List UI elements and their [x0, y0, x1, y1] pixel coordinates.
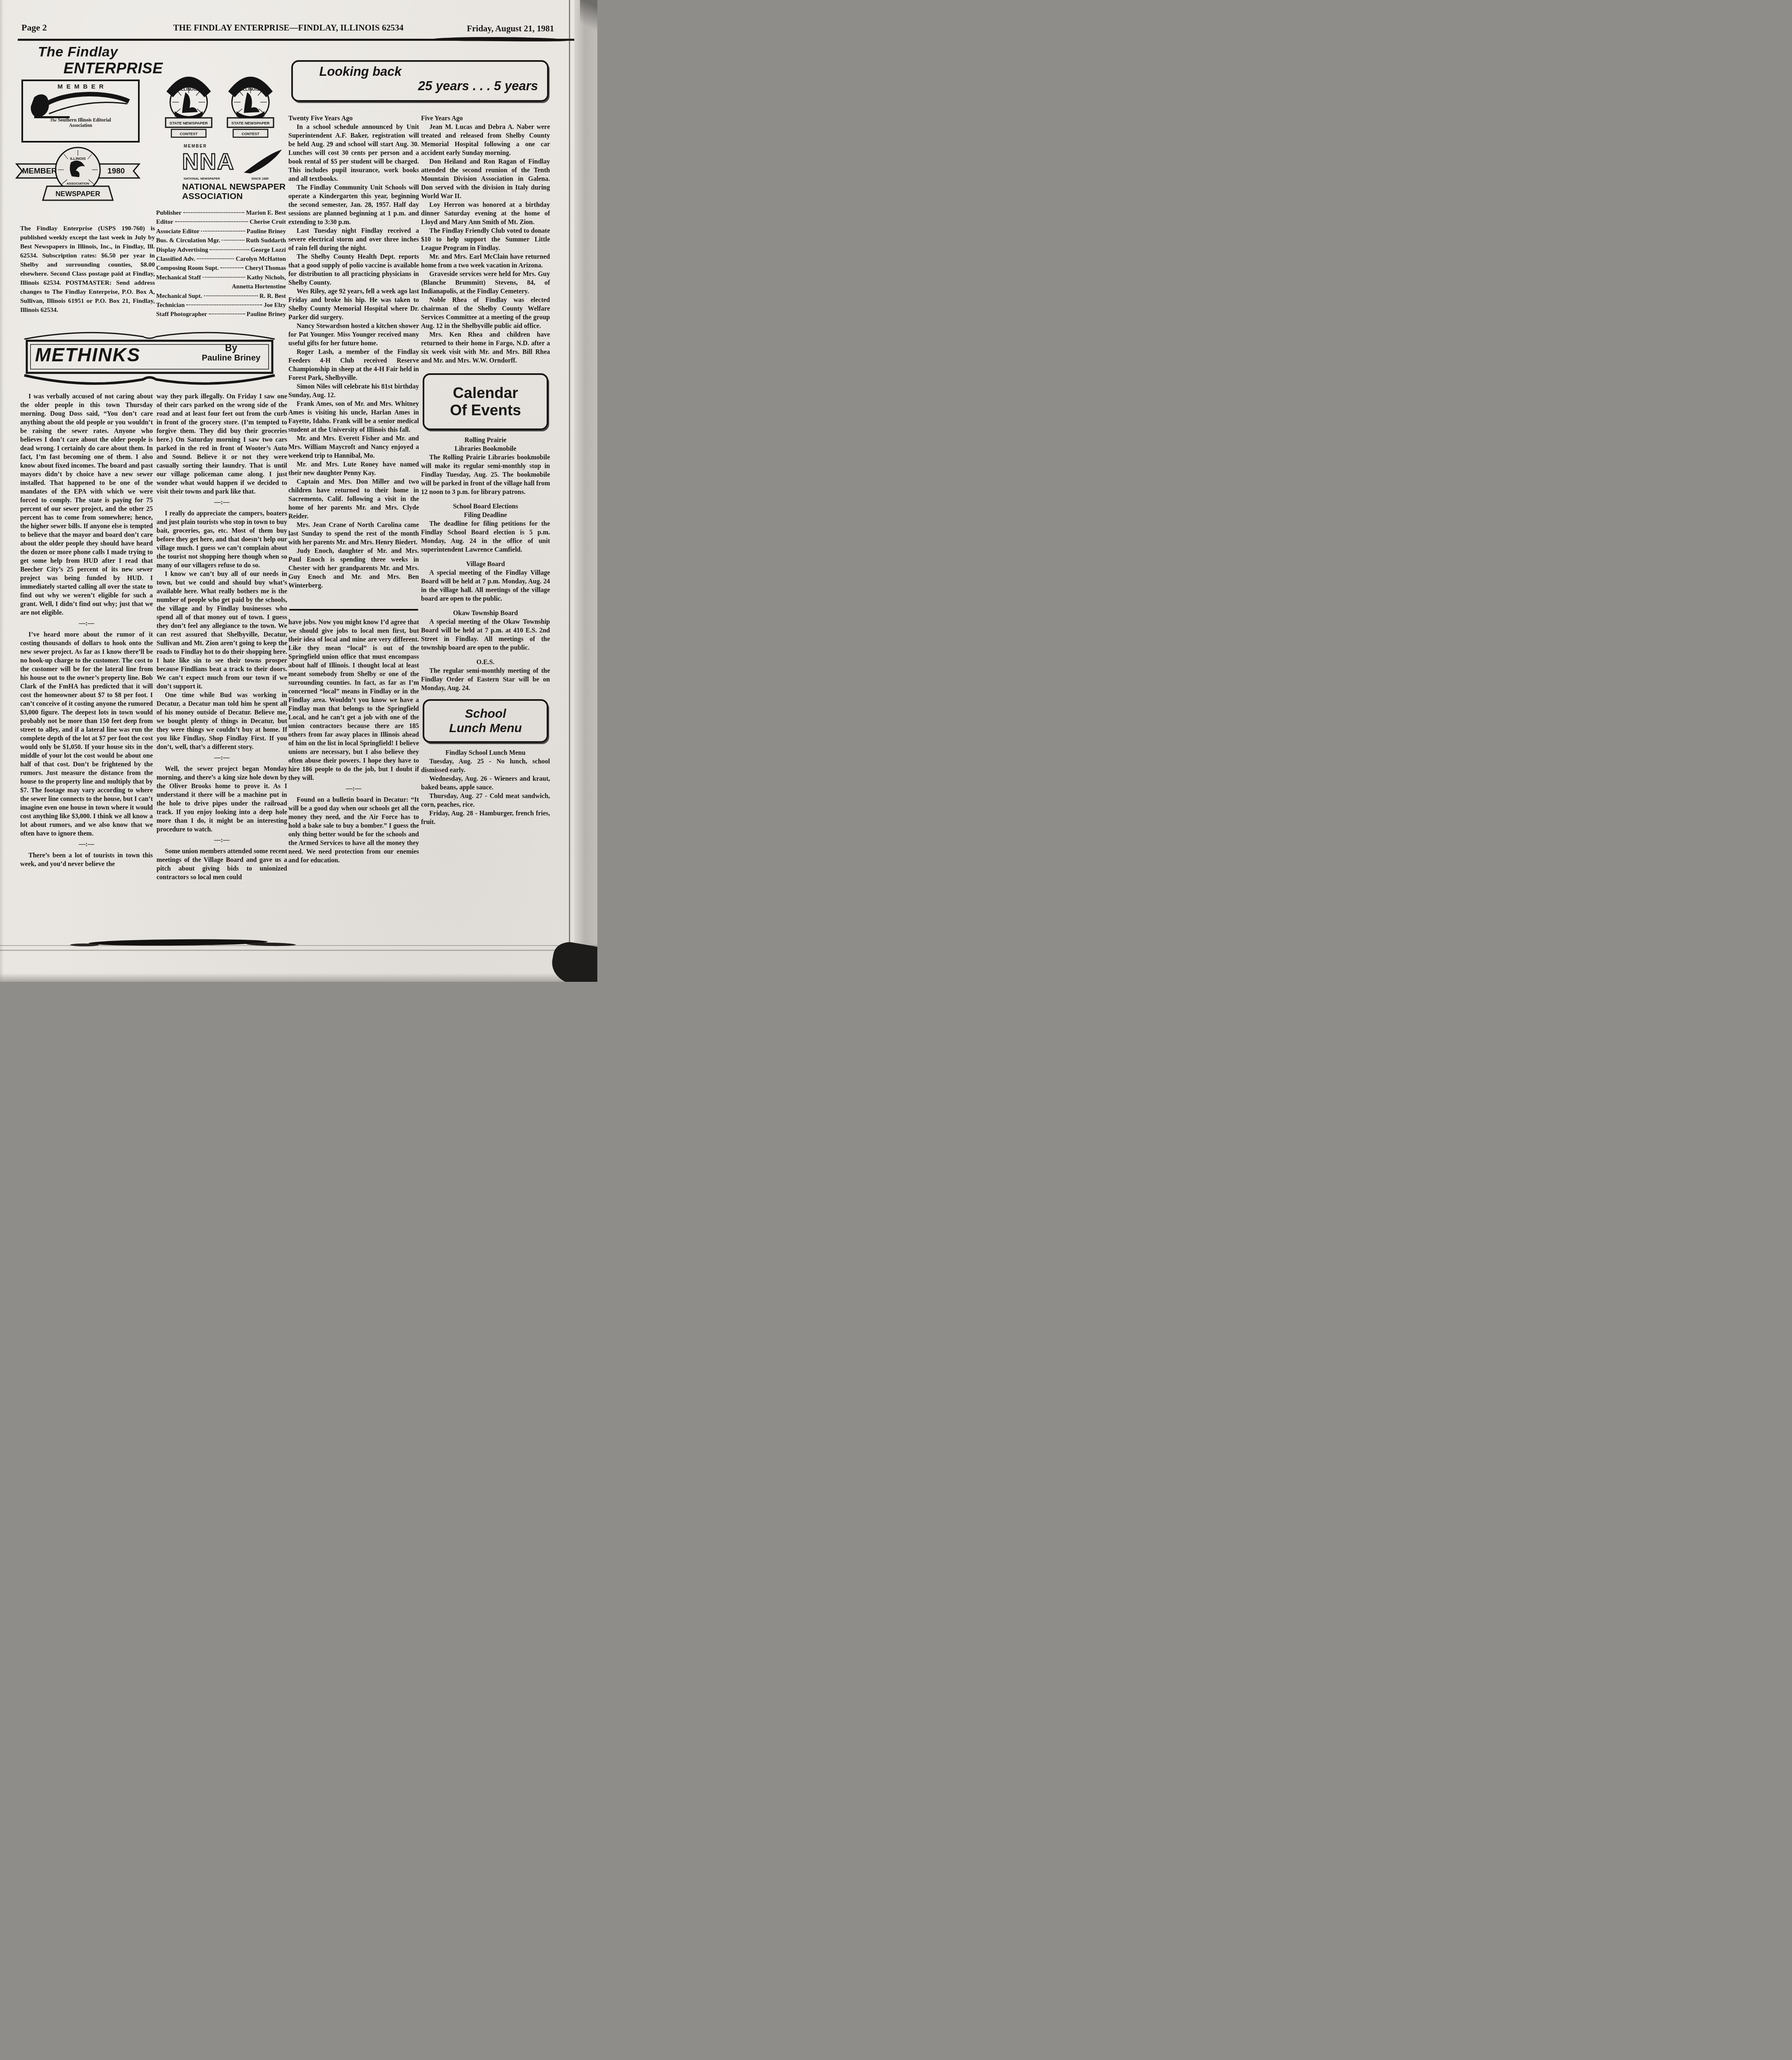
staff-row: Bus. & Circulation Mgr.Ruth Suddarth: [156, 236, 286, 245]
staff-role: Editor: [156, 218, 173, 227]
staff-name: Marion E. Best: [246, 208, 286, 218]
scan-bottom-right-blot: [549, 939, 597, 982]
scan-page-edge-line: [569, 0, 570, 982]
paragraph: Mr. and Mrs. Lute Roney have named their…: [288, 460, 419, 478]
calendar-flow: Rolling Prairie Libraries BookmobileThe …: [421, 436, 550, 693]
byline-name: Pauline Briney: [194, 353, 268, 363]
dotted-leader: [209, 314, 245, 314]
scan-right-edge-band: [574, 0, 597, 982]
nna-caption: NATIONAL NEWSPAPER ASSOCIATION: [182, 182, 287, 201]
calendar-title-line2: Of Events: [450, 402, 521, 419]
lunch-title-line2: Lunch Menu: [449, 721, 522, 735]
paragraph: Some union members attended some recent …: [157, 847, 287, 882]
paragraph: Last Tuesday night Findlay received a se…: [288, 227, 419, 253]
seia-caption-line1: Southern Illinois Editorial: [58, 118, 111, 123]
paragraph: Nancy Stewardson hosted a kitchen shower…: [288, 322, 419, 348]
page-number: Page 2: [21, 22, 47, 33]
press-seal-bottom-label: ASSOCIATION: [67, 182, 89, 185]
paragraph: Frank Ames, son of Mr. and Mrs. Whitney …: [288, 400, 419, 434]
five-years-flow: Five Years AgoJean M. Lucas and Debra A.…: [421, 114, 550, 365]
seia-caption: The Southern Illinois Editorial Associat…: [23, 118, 138, 129]
paragraph: Don Heiland and Ron Ragan of Findlay att…: [421, 157, 550, 201]
nna-tiny-right: SINCE 1885: [251, 177, 269, 180]
scan-left-edge-shade: [0, 0, 4, 982]
staff-role: Staff Photographer: [156, 310, 207, 319]
section-divider: —:—: [157, 836, 287, 845]
paragraph: Wednesday, Aug. 26 - Wieners and kraut, …: [421, 775, 550, 792]
staff-row: EditorCherise Cruit: [156, 218, 286, 227]
staff-role: Composing Room Supt.: [156, 264, 219, 273]
staff-row: Mechanical Supt.R. R. Best: [156, 292, 286, 301]
staff-role: Mechanical Supt.: [156, 292, 202, 301]
publication-info: The Findlay Enterprise (USPS 190-760) is…: [20, 224, 155, 315]
paragraph: Noble Rhea of Findlay was elected chairm…: [421, 296, 550, 330]
paper-name-line: THE FINDLAY ENTERPRISE—FINDLAY, ILLINOIS…: [124, 22, 453, 33]
section-divider: —:—: [157, 754, 287, 762]
scan-bottom-band: [0, 973, 597, 982]
staff-name: Pauline Briney: [247, 310, 286, 319]
staff-role: Bus. & Circulation Mgr.: [156, 236, 220, 245]
staff-row: Annetta Hortenstine: [156, 282, 286, 291]
methinks-column-1: I was verbally accused of not caring abo…: [20, 392, 153, 944]
staff-role: Publisher: [156, 208, 182, 218]
nna-initials: NNA: [182, 149, 234, 174]
lunch-flow: Findlay School Lunch MenuTuesday, Aug. 2…: [421, 749, 550, 826]
badge-ribbon2-label: CONTEST: [180, 132, 198, 136]
paragraph: have jobs. Now you might know I’d agree …: [288, 618, 419, 782]
paragraph: One time while Bud was working in Decatu…: [157, 691, 287, 751]
staff-name: George Lozzi: [251, 246, 286, 255]
staff-box: PublisherMarion E. BestEditorCherise Cru…: [156, 208, 286, 319]
scan-fold-line-2: [0, 950, 597, 951]
nna-member-label: MEMBER: [184, 144, 287, 149]
paragraph: Graveside services were held for Mrs. Gu…: [421, 270, 550, 296]
staff-role: Mechanical Staff: [156, 273, 201, 282]
dotted-leader: [204, 295, 258, 296]
methinks-banner: METHINKS By Pauline Briney: [20, 327, 279, 394]
state-newspaper-contest-badge-icon: ILLINOIS STATE NEWSPAPER CONTEST: [224, 66, 277, 145]
section-heading: School Board Elections Filing Deadline: [421, 502, 550, 520]
column-heading: Five Years Ago: [421, 114, 550, 123]
paragraph: I was verbally accused of not caring abo…: [20, 392, 153, 617]
column-heading: Twenty Five Years Ago: [288, 114, 419, 123]
masthead-title-line1: The Findlay: [38, 44, 118, 60]
staff-name: Cherise Cruit: [250, 218, 286, 227]
section-divider: —:—: [157, 498, 287, 507]
staff-role: Technician: [156, 301, 185, 310]
state-newspaper-contest-badge-icon: ILLINOIS STATE NEWSPAPER CONTEST: [162, 66, 215, 145]
badge-state-label: ILLINOIS: [180, 87, 198, 92]
staff-name: Cheryl Thomas: [245, 264, 286, 273]
staff-name: R. R. Best: [260, 292, 286, 301]
paragraph: There’s been a lot of tourists in town t…: [20, 851, 153, 868]
paragraph: Jean M. Lucas and Debra A. Naber were tr…: [421, 123, 550, 157]
section-heading: Findlay School Lunch Menu: [421, 749, 550, 757]
paragraph: Tuesday, Aug. 25 - No lunch, school dism…: [421, 757, 550, 775]
staff-name: Joe Elzy: [264, 301, 286, 310]
staff-row: Composing Room Supt.Cheryl Thomas: [156, 264, 286, 273]
section-heading: Village Board: [421, 560, 550, 569]
paragraph: Captain and Mrs. Don Miller and two chil…: [288, 478, 419, 521]
badge-ribbon2-label: CONTEST: [241, 132, 260, 136]
staff-row: PublisherMarion E. Best: [156, 208, 286, 218]
paragraph: Simon Niles will celebrate his 81st birt…: [288, 382, 419, 400]
staff-role: Classified Adv.: [156, 255, 195, 264]
dotted-leader: [175, 221, 248, 222]
dotted-leader: [203, 277, 245, 278]
paragraph: Thursday, Aug. 27 - Cold meat sandwich, …: [421, 792, 550, 809]
lincoln-quill-illustration: [28, 91, 134, 119]
paragraph: In a school schedule announced by Unit S…: [288, 123, 419, 183]
nna-logo-block: MEMBER NNA NATIONAL NEWSPAPER SINCE 1885…: [182, 144, 287, 201]
section-heading: Okaw Township Board: [421, 609, 550, 618]
staff-name: Ruth Suddarth: [246, 236, 286, 245]
issue-date: Friday, August 21, 1981: [451, 23, 554, 34]
masthead-title: The Findlay ENTERPRISE: [38, 44, 163, 77]
nna-caption-line1: NATIONAL NEWSPAPER: [182, 182, 286, 192]
press-newspaper-label: NEWSPAPER: [56, 190, 100, 198]
paragraph: The Findlay Community Unit Schools will …: [288, 183, 419, 227]
dotted-leader: [222, 240, 244, 241]
paragraph: I’ve heard more about the rumor of it co…: [20, 630, 153, 838]
nna-tiny-left: NATIONAL NEWSPAPER: [184, 177, 220, 180]
dotted-leader: [197, 258, 234, 259]
nna-caption-line2: ASSOCIATION: [182, 192, 243, 201]
looking-back-25-years-column: Twenty Five Years AgoIn a school schedul…: [288, 114, 419, 942]
staff-name: Kathy Nichols,: [247, 273, 286, 282]
paragraph: I really do appreciate the campers, boat…: [157, 509, 287, 570]
staff-role: Display Advertising: [156, 246, 208, 255]
school-lunch-menu-banner: School Lunch Menu: [423, 699, 548, 743]
calendar-of-events-banner: Calendar Of Events: [423, 373, 548, 430]
staff-row: Staff PhotographerPauline Briney: [156, 310, 286, 319]
paragraph: The Findlay Friendly Club voted to donat…: [421, 227, 550, 253]
staff-row: Associate EditorPauline Briney: [156, 227, 286, 236]
section-divider: —:—: [20, 840, 153, 849]
paragraph: The Shelby County Health Dept. reports t…: [288, 253, 419, 287]
paragraph: Judy Enoch, daughter of Mr. and Mrs. Pau…: [288, 547, 419, 590]
nna-tiny-line: NATIONAL NEWSPAPER SINCE 1885: [184, 177, 269, 180]
staff-name: Carolyn McHatton: [236, 255, 286, 264]
staff-row: Classified Adv.Carolyn McHatton: [156, 255, 286, 264]
looking-back-title: Looking back: [319, 65, 547, 79]
header-rule-swell: [433, 37, 568, 42]
paragraph: Wes Riley, age 92 years, fell a week ago…: [288, 287, 419, 322]
seia-caption-line2: Association: [69, 123, 92, 128]
methinks-byline: By Pauline Briney: [194, 342, 268, 363]
paragraph: The Rolling Prairie Libraries bookmobile…: [421, 453, 550, 496]
paragraph: way they park illegally. On Friday I saw…: [157, 392, 287, 496]
lunch-title-line1: School: [465, 707, 506, 721]
running-header: Page 2 THE FINDLAY ENTERPRISE—FINDLAY, I…: [0, 22, 597, 37]
press-year-label: 1980: [108, 167, 125, 176]
byline-by: By: [194, 342, 268, 353]
dotted-leader: [210, 249, 249, 250]
paragraph: The regular semi-monthly meeting of the …: [421, 667, 550, 693]
paragraph: Roger Lash, a member of the Findlay Feed…: [288, 348, 419, 382]
dotted-leader: [183, 212, 244, 213]
methinks-column-2: way they park illegally. On Friday I saw…: [157, 392, 287, 944]
press-seal-top-label: ILLINOIS: [70, 157, 86, 161]
badge-state-label: ILLINOIS: [242, 87, 260, 92]
illinois-press-1980-member-badge-icon: ILLINOIS ASSOCIATION MEMBER 1980 NEWSPAP…: [14, 145, 142, 203]
press-member-label: MEMBER: [22, 167, 57, 176]
staff-row: TechnicianJoe Elzy: [156, 301, 286, 310]
paragraph: Mr. and Mrs. Earl McClain have returned …: [421, 253, 550, 270]
staff-row: Display AdvertisingGeorge Lozzi: [156, 246, 286, 255]
newspaper-page: Page 2 THE FINDLAY ENTERPRISE—FINDLAY, I…: [0, 0, 597, 982]
paragraph: Mr. and Mrs. Everett Fisher and Mr. and …: [288, 434, 419, 460]
paragraph: Well, the sewer project began Monday mor…: [157, 765, 287, 834]
scan-fold-line-1: [0, 945, 597, 946]
dotted-leader: [201, 231, 245, 232]
section-divider: —:—: [288, 784, 419, 793]
methinks-title: METHINKS: [35, 344, 140, 365]
badge-ribbon1-label: STATE NEWSPAPER: [170, 121, 208, 126]
nna-logo-icon: NNA: [182, 149, 285, 174]
paragraph: I know we can’t buy all of our needs in …: [157, 570, 287, 691]
paragraph: Found on a bulletin board in Decatur: “I…: [288, 796, 419, 865]
paragraph: A special meeting of the Okaw Township B…: [421, 618, 550, 652]
calendar-title-line1: Calendar: [453, 384, 518, 402]
paragraph: Friday, Aug. 28 - Hamburger, french frie…: [421, 809, 550, 826]
dotted-leader: [220, 267, 243, 268]
looking-back-subtitle: 25 years . . . 5 years: [293, 79, 538, 94]
dotted-leader: [186, 304, 262, 305]
section-heading: O.E.S.: [421, 658, 550, 667]
staff-row: Mechanical StaffKathy Nichols,: [156, 273, 286, 282]
seia-member-label: MEMBER: [23, 83, 138, 91]
divider-rule: [289, 609, 418, 611]
staff-role: Associate Editor: [156, 227, 199, 236]
paragraph: Mrs. Jean Crane of North Carolina came l…: [288, 521, 419, 547]
paragraph: The deadline for filing petitions for th…: [421, 520, 550, 554]
seia-member-box: MEMBER The Southern Illinois Editorial A…: [21, 80, 140, 143]
masthead-title-line2: ENTERPRISE: [63, 60, 163, 77]
section-divider: —:—: [20, 619, 153, 628]
badge-ribbon1-label: STATE NEWSPAPER: [232, 121, 270, 126]
paragraph: Loy Herron was honored at a birthday din…: [421, 201, 550, 227]
looking-back-5-years-column: Five Years AgoJean M. Lucas and Debra A.…: [421, 114, 550, 942]
section-heading: Rolling Prairie Libraries Bookmobile: [421, 436, 550, 453]
paragraph: A special meeting of the Findlay Village…: [421, 569, 550, 603]
looking-back-banner: Looking back 25 years . . . 5 years: [291, 60, 549, 102]
paragraph: Mrs. Ken Rhea and children have returned…: [421, 330, 550, 365]
staff-name: Pauline Briney: [247, 227, 286, 236]
staff-name: Annetta Hortenstine: [232, 282, 286, 291]
seia-caption-pre: The: [50, 118, 56, 123]
